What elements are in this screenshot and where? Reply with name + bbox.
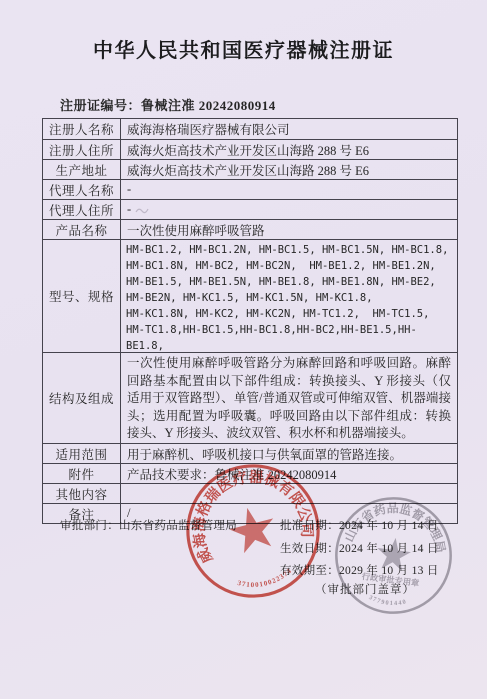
approval-department-line: 审批部门：山东省药品监督管理局 xyxy=(60,517,237,533)
row-label: 其他内容 xyxy=(43,484,121,503)
registration-number-value: 鲁械注准 20242080914 xyxy=(141,98,276,113)
row-value: 一次性使用麻醉呼吸管路分为麻醉回路和呼吸回路。麻醉回路基本配置由以下部件组成：转… xyxy=(121,353,457,443)
ink-smudge-mark xyxy=(135,205,149,215)
effective-date-line: 生效日期：2024 年 10 月 14 日 xyxy=(280,540,439,556)
certificate-title: 中华人民共和国医疗器械注册证 xyxy=(0,34,487,63)
table-row-structure-composition: 结构及组成 一次性使用麻醉呼吸管路分为麻醉回路和呼吸回路。麻醉回路基本配置由以下… xyxy=(43,352,457,443)
row-value: - xyxy=(121,200,457,219)
row-label: 产品名称 xyxy=(43,220,121,239)
table-row-registrant-name: 注册人名称 威海海格瑞医疗器械有限公司 xyxy=(43,119,457,139)
row-value xyxy=(121,484,457,503)
approval-date-line: 批准日期：2024 年 10 月 14 日 xyxy=(280,517,439,533)
certificate-page: 中华人民共和国医疗器械注册证 注册证编号：鲁械注准 20242080914 注册… xyxy=(0,0,487,699)
registration-number-line: 注册证编号：鲁械注准 20242080914 xyxy=(60,95,276,114)
registration-number-label: 注册证编号： xyxy=(60,98,141,113)
row-label: 生产地址 xyxy=(43,160,121,179)
table-row-models-specs: 型号、规格 HM-BC1.2, HM-BC1.2N, HM-BC1.5, HM-… xyxy=(43,239,457,352)
table-row-agent-name: 代理人名称 - xyxy=(43,179,457,199)
row-value: 威海火炬高技术产业开发区山海路 288 号 E6 xyxy=(121,140,457,159)
row-value: 一次性使用麻醉呼吸管路 xyxy=(121,220,457,239)
row-value: HM-BC1.2, HM-BC1.2N, HM-BC1.5, HM-BC1.5N… xyxy=(121,240,457,352)
row-label: 附件 xyxy=(43,464,121,483)
certificate-table: 注册人名称 威海海格瑞医疗器械有限公司 注册人住所 威海火炬高技术产业开发区山海… xyxy=(42,118,458,524)
row-value: 威海火炬高技术产业开发区山海路 288 号 E6 xyxy=(121,160,457,179)
row-label: 代理人住所 xyxy=(43,200,121,219)
seal-note: （审批部门盖章） xyxy=(315,581,415,597)
row-label: 结构及组成 xyxy=(43,353,121,443)
table-row-attachment: 附件 产品技术要求：鲁械注准 20242080914 xyxy=(43,463,457,483)
row-value: - xyxy=(121,180,457,199)
table-row-registrant-address: 注册人住所 威海火炬高技术产业开发区山海路 288 号 E6 xyxy=(43,139,457,159)
expiry-date-line: 有效期至：2029 年 10 月 13 日 xyxy=(280,562,439,578)
row-label: 代理人名称 xyxy=(43,180,121,199)
row-value: 产品技术要求：鲁械注准 20242080914 xyxy=(121,464,457,483)
table-row-intended-use: 适用范围 用于麻醉机、呼吸机接口与供氧面罩的管路连接。 xyxy=(43,443,457,463)
row-label: 注册人名称 xyxy=(43,119,121,139)
table-row-production-address: 生产地址 威海火炬高技术产业开发区山海路 288 号 E6 xyxy=(43,159,457,179)
table-row-other-content: 其他内容 xyxy=(43,483,457,503)
row-label: 注册人住所 xyxy=(43,140,121,159)
row-label: 适用范围 xyxy=(43,444,121,463)
table-row-agent-address: 代理人住所 - xyxy=(43,199,457,219)
row-value: 威海海格瑞医疗器械有限公司 xyxy=(121,119,457,139)
row-value: 用于麻醉机、呼吸机接口与供氧面罩的管路连接。 xyxy=(121,444,457,463)
row-label: 型号、规格 xyxy=(43,240,121,352)
table-row-product-name: 产品名称 一次性使用麻醉呼吸管路 xyxy=(43,219,457,239)
